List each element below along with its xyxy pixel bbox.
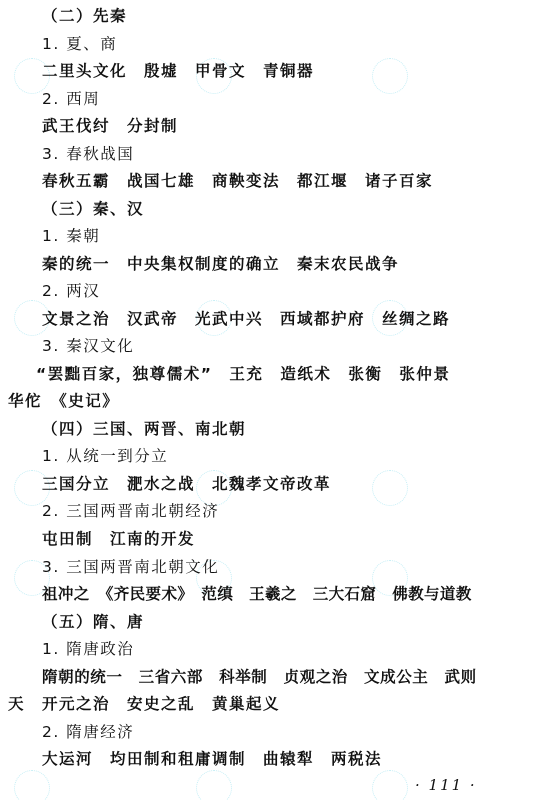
subsection-jingji: 2. 三国两晋南北朝经济: [42, 501, 219, 521]
section-heading-sui-tang: （五）隋、唐: [42, 612, 144, 632]
subsection-qinchao: 1. 秦朝: [42, 226, 100, 246]
topic-list: 屯田制 江南的开发: [42, 529, 195, 549]
watermark-stamp: [372, 470, 408, 506]
topic-list: 秦的统一 中央集权制度的确立 秦末农民战争: [42, 254, 399, 274]
watermark-stamp: [196, 770, 232, 800]
subsection-fenli: 1. 从统一到分立: [42, 446, 168, 466]
section-heading-sanguo-liangjin-nanbeichao: （四）三国、两晋、南北朝: [42, 419, 246, 439]
topic-list-continued: 天 开元之治 安史之乱 黄巢起义: [8, 694, 280, 714]
subsection-xia-shang: 1. 夏、商: [42, 34, 117, 54]
subsection-xizhou: 2. 西周: [42, 89, 100, 109]
topic-list: 春秋五霸 战国七雄 商鞅变法 都江堰 诸子百家: [42, 171, 433, 191]
subsection-lianghan: 2. 两汉: [42, 281, 100, 301]
topic-list: 二里头文化 殷墟 甲骨文 青铜器: [42, 61, 314, 81]
section-heading-xianqin: （二）先秦: [42, 6, 127, 26]
page-number: · 111 ·: [415, 776, 477, 794]
subsection-suitang-zhengzhi: 1. 隋唐政治: [42, 639, 134, 659]
topic-list: 文景之治 汉武帝 光武中兴 西域都护府 丝绸之路: [42, 309, 450, 329]
watermark-stamp: [372, 770, 408, 800]
topic-list: 祖冲之 《齐民要术》 范缜 王羲之 三大石窟 佛教与道教: [42, 584, 472, 604]
topic-list-continued: 华佗 《史记》: [8, 391, 119, 411]
subsection-suitang-jingji: 2. 隋唐经济: [42, 722, 134, 742]
subsection-chunqiu-zhanguo: 3. 春秋战国: [42, 144, 134, 164]
topic-list: 武王伐纣 分封制: [42, 116, 178, 136]
section-heading-qin-han: （三）秦、汉: [42, 199, 144, 219]
document-page: （二）先秦 1. 夏、商 二里头文化 殷墟 甲骨文 青铜器 2. 西周 武王伐纣…: [0, 0, 546, 800]
watermark-stamp: [14, 770, 50, 800]
watermark-stamp: [372, 58, 408, 94]
subsection-wenhua: 3. 三国两晋南北朝文化: [42, 557, 219, 577]
subsection-qinhan-wenhua: 3. 秦汉文化: [42, 336, 134, 356]
topic-list: “罢黜百家，独尊儒术” 王充 造纸术 张衡 张仲景: [36, 364, 450, 384]
topic-list: 隋朝的统一 三省六部 科举制 贞观之治 文成公主 武则: [42, 667, 477, 687]
topic-list: 大运河 均田制和租庸调制 曲辕犁 两税法: [42, 749, 382, 769]
topic-list: 三国分立 淝水之战 北魏孝文帝改革: [42, 474, 331, 494]
